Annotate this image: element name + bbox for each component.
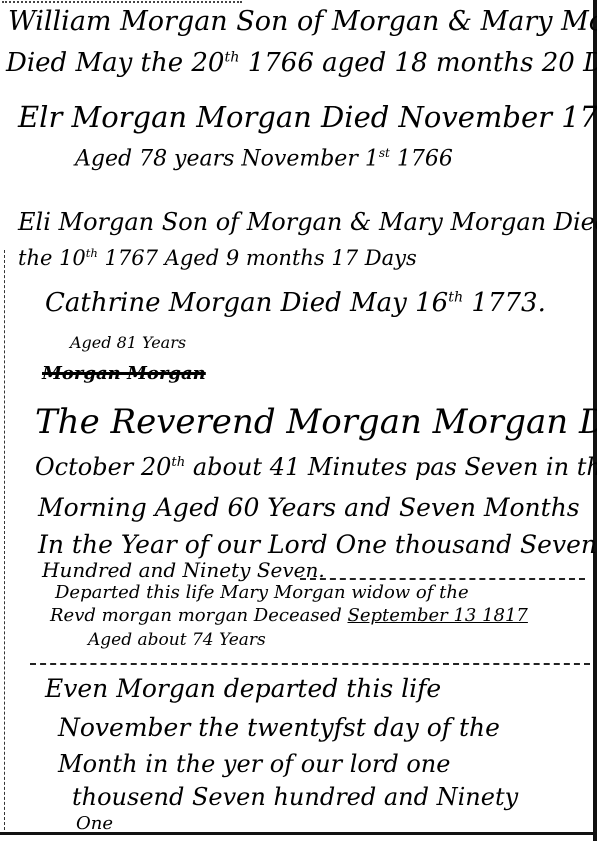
text: Departed this life Mary Morgan widow of …: [55, 582, 469, 603]
text: Hundred and Ninety Seven.: [42, 558, 325, 582]
superscript: th: [448, 289, 463, 305]
text: thousend Seven hundred and Ninety: [72, 783, 518, 811]
text: Aged 81 Years: [70, 333, 186, 352]
text: Cathrine Morgan Died May 16: [45, 288, 448, 318]
entry-william-line-2: Died May the 20th 1766 aged 18 months 20…: [6, 50, 597, 76]
text: Month in the yer of our lord one: [58, 750, 450, 778]
text: Aged 78 years November 1: [75, 146, 379, 171]
entry-mary-line-3: Aged about 74 Years: [88, 632, 266, 649]
entry-cathrine-line-2: Aged 81 Years: [70, 335, 186, 351]
entry-eli-line-1: Eli Morgan Son of Morgan & Mary Morgan D…: [18, 210, 597, 234]
entry-even-line-4: thousend Seven hundred and Ninety: [72, 785, 518, 809]
text: William Morgan Son of Morgan & Mary Morg…: [8, 6, 597, 37]
entry-william-line-1: William Morgan Son of Morgan & Mary Morg…: [8, 8, 597, 35]
entry-even-line-2: November the twentyfst day of the: [58, 715, 500, 740]
entry-mary-line-1: Departed this life Mary Morgan widow of …: [55, 584, 469, 602]
text: Eli Morgan Son of Morgan & Mary Morgan D…: [18, 208, 597, 236]
scanned-document-page: William Morgan Son of Morgan & Mary Morg…: [0, 0, 597, 841]
date-underlined: September 13 1817: [347, 605, 527, 626]
page-edge-left: [4, 250, 6, 830]
text: The Reverend Morgan Morgan Died: [35, 402, 597, 442]
text: 1766: [390, 146, 453, 171]
text: One: [76, 813, 113, 834]
entry-mary-line-2: Revd morgan morgan Deceased September 13…: [50, 607, 528, 625]
entry-even-line-3: Month in the yer of our lord one: [58, 752, 450, 776]
separator-dashed: [30, 663, 590, 665]
superscript: th: [171, 455, 185, 470]
entry-reverend-line-1: The Reverend Morgan Morgan Died: [35, 405, 597, 439]
text: 1773.: [463, 288, 546, 318]
entry-elr-line-1: Elr Morgan Morgan Died November 17 1766: [18, 103, 597, 132]
superscript: st: [379, 146, 390, 160]
text: In the Year of our Lord One thousand Sev…: [38, 530, 597, 559]
entry-reverend-line-5: Hundred and Ninety Seven.: [42, 560, 325, 580]
entry-even-line-5: One: [76, 815, 113, 833]
entry-reverend-line-4: In the Year of our Lord One thousand Sev…: [38, 532, 597, 557]
entry-reverend-line-2: October 20th about 41 Minutes pas Seven …: [35, 455, 597, 479]
separator-dashed: [300, 578, 585, 580]
text: about 41 Minutes pas Seven in the: [185, 453, 597, 481]
entry-reverend-line-3: Morning Aged 60 Years and Seven Months: [38, 495, 580, 520]
entry-eli-line-2: the 10th 1767 Aged 9 months 17 Days: [18, 248, 417, 269]
text: Revd morgan morgan Deceased: [50, 605, 342, 626]
entry-even-line-1: Even Morgan departed this life: [45, 676, 441, 701]
text: Died May the 20: [6, 48, 224, 78]
text: the 10: [18, 246, 86, 270]
scan-noise: [2, 1, 242, 5]
entry-cathrine-line-1: Cathrine Morgan Died May 16th 1773.: [45, 290, 546, 316]
text: October 20: [35, 453, 171, 481]
text: 1766 aged 18 months 20 Days: [248, 48, 597, 78]
text: November the twentyfst day of the: [58, 713, 500, 742]
struck-entry-morgan: Morgan Morgan: [42, 365, 206, 383]
text: Morning Aged 60 Years and Seven Months: [38, 493, 580, 522]
text: Aged about 74 Years: [88, 630, 266, 650]
text: Morgan Morgan: [42, 363, 206, 384]
superscript: th: [224, 49, 239, 65]
text: Elr Morgan Morgan Died November 17 1766: [18, 100, 597, 134]
superscript: th: [86, 246, 98, 260]
text: Even Morgan departed this life: [45, 674, 441, 703]
text: 1767 Aged 9 months 17 Days: [98, 246, 417, 270]
entry-elr-line-2: Aged 78 years November 1st 1766: [75, 147, 453, 170]
